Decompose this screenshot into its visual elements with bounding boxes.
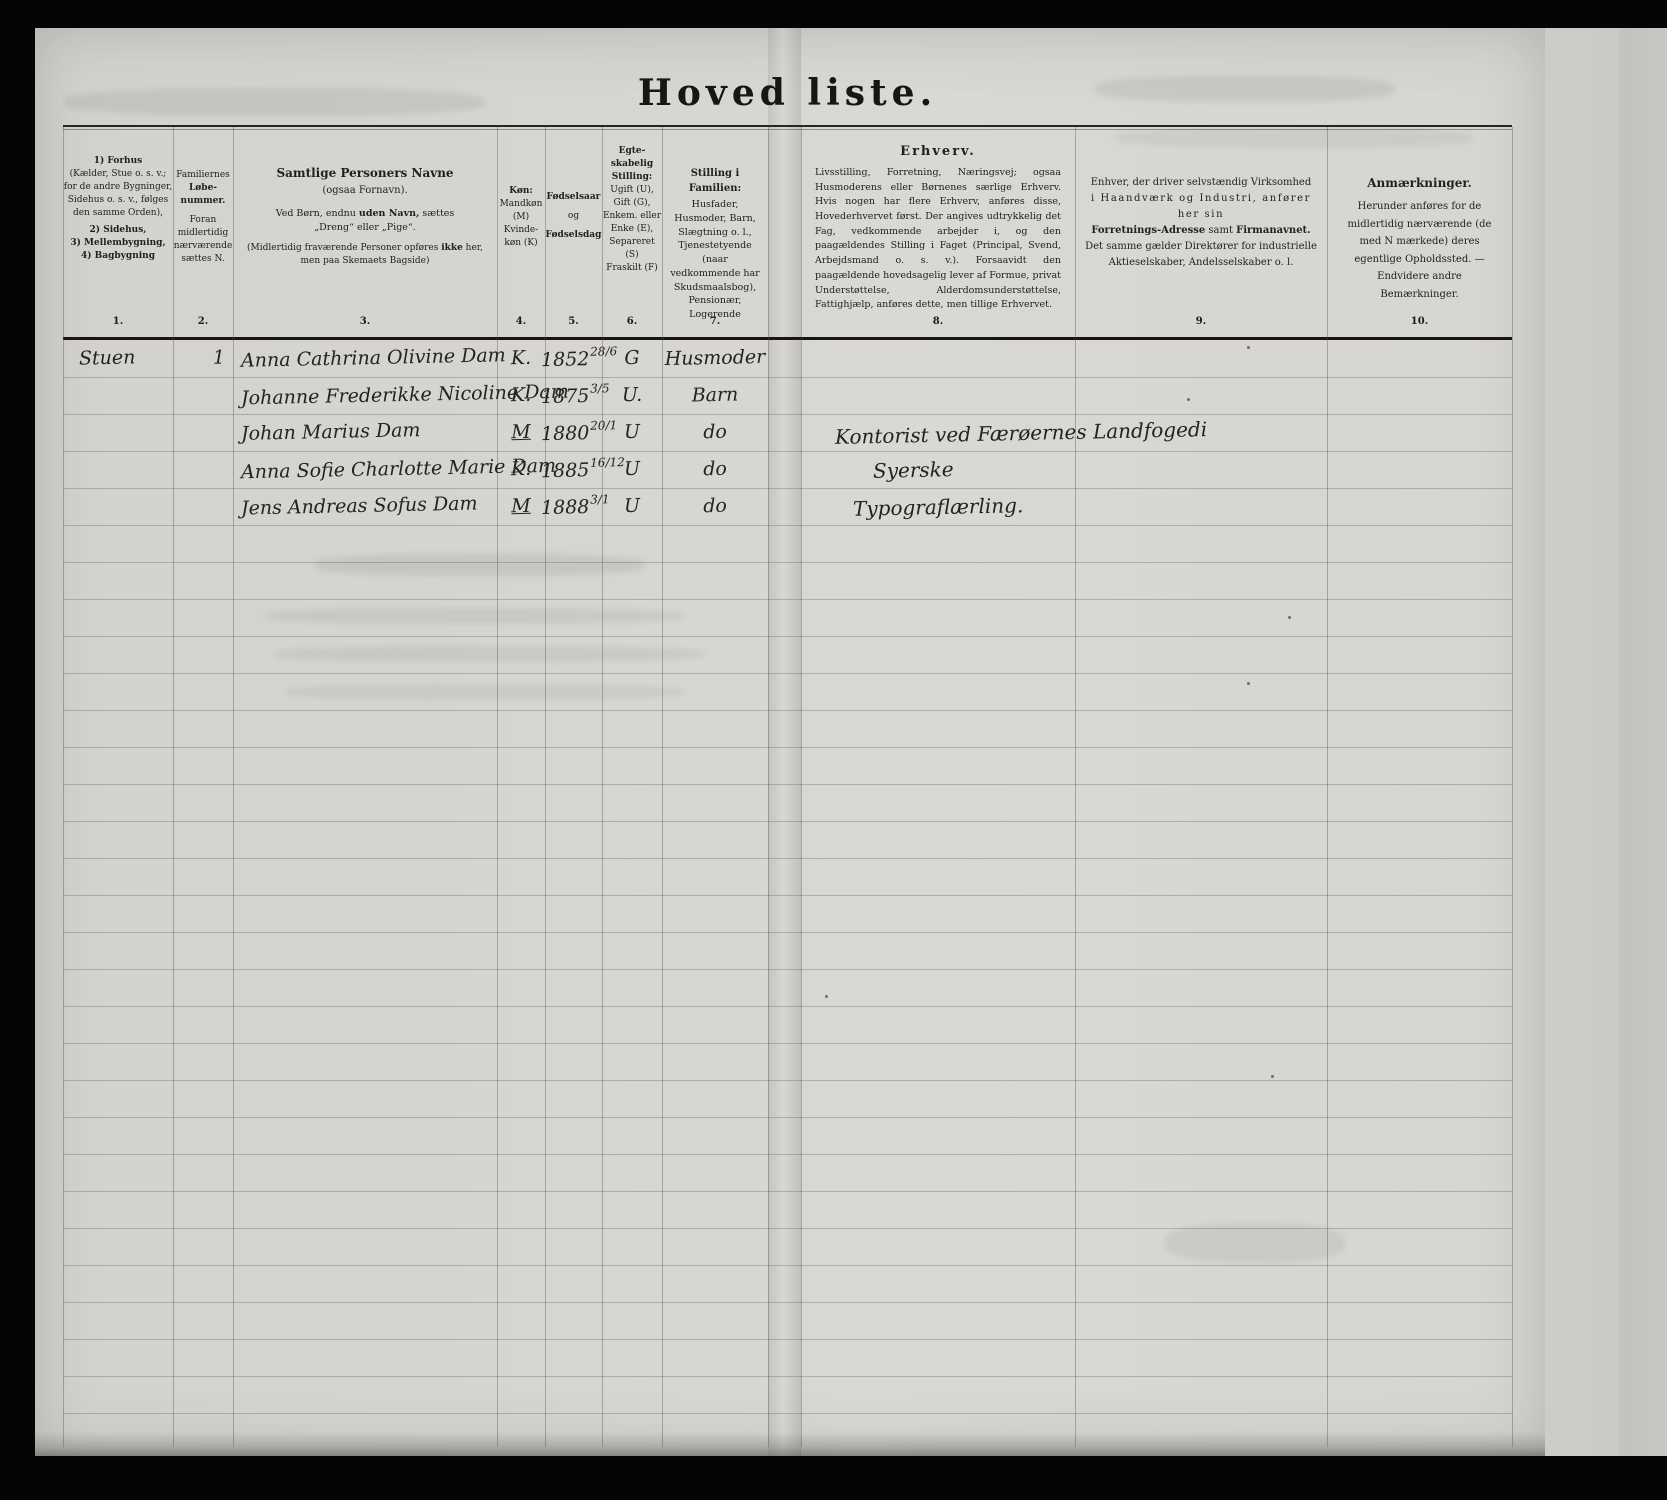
- header-line: Stilling i Familien:: [666, 167, 764, 196]
- column-header-8: Erhverv. Livsstilling, Forretning, Nærin…: [801, 127, 1075, 337]
- handwritten-name: Jens Andreas Sofus Dam: [241, 493, 478, 520]
- handwritten-family-position: do: [662, 420, 768, 444]
- header-line: i Haandværk og Industri, anfører her sin: [1081, 191, 1321, 223]
- header-line: Forretnings-Adresse samt Firmanavnet.: [1081, 223, 1321, 239]
- column-header-1: 1) Forhus (Kælder, Stue o. s. v.; for de…: [63, 127, 173, 337]
- birth-year: 1885: [541, 459, 590, 482]
- column-number-9: 9.: [1075, 316, 1327, 327]
- header-line: Kvinde-: [497, 224, 545, 237]
- ink-speck: [825, 995, 828, 998]
- header-line: Stilling:: [602, 171, 662, 184]
- bleed-through-smudge: [265, 608, 685, 624]
- handwritten-sex: M: [497, 494, 545, 517]
- header-line: Livsstilling, Forretning, Næringsvej; og…: [815, 166, 1061, 313]
- bleed-through-smudge: [285, 684, 685, 700]
- grid-line: [1075, 127, 1076, 1447]
- ink-speck: [1187, 398, 1190, 401]
- header-line: (Midlertidig fraværende Personer opføres…: [243, 242, 487, 255]
- header-bottom-rule: [63, 337, 1512, 340]
- birth-year: 1875: [541, 385, 590, 408]
- column-header-5: Fødselsaar og Fødselsdag: [545, 127, 602, 337]
- handwritten-marital-status: U: [602, 457, 662, 480]
- table-row: Jens Andreas Sofus Dam M 18883/1 U do Ty…: [35, 495, 1545, 532]
- column-header-10: Anmærkninger. Herunder anføres for de mi…: [1327, 127, 1512, 337]
- header-text: sættes: [419, 208, 454, 219]
- header-line: nummer.: [173, 195, 233, 208]
- column-header-4: Køn: Mandkøn (M) Kvinde- køn (K): [497, 127, 545, 337]
- table-row: Johan Marius Dam M 188020/1 U do Kontori…: [35, 421, 1545, 458]
- column-header-6: Egte- skabelig Stilling: Ugift (U), Gift…: [602, 127, 662, 337]
- adjacent-page-edge: [1545, 28, 1667, 1456]
- header-line: Egte-: [602, 145, 662, 158]
- grid-line: [768, 127, 769, 1447]
- header-text: uden Navn,: [359, 208, 419, 219]
- ink-speck: [1247, 682, 1250, 685]
- header-line: Gift (G),: [602, 197, 662, 210]
- header-text: Forretnings-Adresse: [1091, 225, 1205, 236]
- header-line: nærværende: [173, 240, 233, 253]
- handwritten-family-number: [173, 457, 225, 458]
- bleed-through-smudge: [1095, 76, 1395, 102]
- header-line: (M): [497, 211, 545, 224]
- header-line: Mandkøn: [497, 198, 545, 211]
- table-row: Johanne Frederikke Nicoline Dam K. 18753…: [35, 384, 1545, 421]
- column-header-3: Samtlige Personers Navne (ogsaa Fornavn)…: [233, 127, 497, 337]
- header-text: Ved Børn, endnu: [276, 208, 359, 219]
- handwritten-name: Johan Marius Dam: [241, 419, 421, 445]
- header-text: her,: [463, 243, 483, 253]
- handwritten-sex: K.: [497, 346, 545, 369]
- scan-border-bottom: [0, 1456, 1667, 1500]
- handwritten-marital-status: U: [602, 494, 662, 517]
- header-line: Samtlige Personers Navne: [243, 165, 487, 182]
- ink-speck: [1288, 616, 1291, 619]
- handwritten-building: Stuen: [79, 346, 136, 369]
- handwritten-marital-status: U: [602, 420, 662, 443]
- grid-line: [497, 127, 498, 1447]
- column-number-2: 2.: [173, 316, 233, 327]
- grid-line: [233, 127, 234, 1447]
- birth-year: 1852: [541, 348, 590, 371]
- column-number-8: 8.: [801, 316, 1075, 327]
- handwritten-family-position: Husmoder: [662, 346, 768, 370]
- grid-line: [1512, 127, 1513, 1447]
- header-line: Fraskilt (F): [602, 262, 662, 275]
- handwritten-family-position: Barn: [662, 383, 768, 407]
- header-line: Køn:: [497, 185, 545, 198]
- grid-line: [545, 127, 546, 1447]
- column-number-5: 5.: [545, 316, 602, 327]
- handwritten-occupation: Syerske: [873, 457, 954, 483]
- handwritten-sex: K.: [497, 457, 545, 480]
- header-line: Ugift (U),: [602, 184, 662, 197]
- column-number-4: 4.: [497, 316, 545, 327]
- birth-year: 1888: [541, 496, 590, 519]
- grid-line: [63, 127, 64, 1447]
- header-line: men paa Skemaets Bagside): [243, 255, 487, 268]
- handwritten-sex: M: [497, 420, 545, 443]
- header-line: (Kælder, Stue o. s. v.; for de andre Byg…: [63, 168, 173, 220]
- header-line: (ogsaa Fornavn).: [243, 184, 487, 199]
- header-line: sættes N.: [173, 253, 233, 266]
- header-line: 1) Forhus: [63, 155, 173, 168]
- handwritten-sex: K.: [497, 383, 545, 406]
- handwritten-family-position: do: [662, 494, 768, 518]
- header-line: Anmærkninger.: [1337, 173, 1502, 194]
- header-line: Herunder anføres for de midlertidig nærv…: [1337, 198, 1502, 303]
- page-bottom-edge: [35, 1432, 1545, 1456]
- birth-year: 1880: [541, 422, 590, 445]
- header-line: Fødselsaar: [545, 191, 602, 204]
- page: Hoved liste. 1) Forhus (Kælder, Stue o. …: [35, 28, 1545, 1456]
- grid-line: [602, 127, 603, 1447]
- table-row: Stuen 1 Anna Cathrina Olivine Dam K. 185…: [35, 347, 1545, 384]
- header-line: Enkem. eller: [602, 210, 662, 223]
- column-number-3: 3.: [233, 316, 497, 327]
- header-line: Løbe-: [173, 182, 233, 195]
- column-number-7: 7.: [662, 316, 768, 327]
- header-line: 4) Bagbygning: [63, 250, 173, 263]
- handwritten-family-number: [173, 420, 225, 421]
- header-line: Aktieselskaber, Andelsselskaber o. l.: [1081, 255, 1321, 271]
- handwritten-occupation: Kontorist ved Færøernes Landfogedi: [835, 417, 1208, 449]
- column-number-1: 1.: [63, 316, 173, 327]
- header-line: køn (K): [497, 237, 545, 250]
- scan-border-left: [0, 0, 35, 1500]
- handwritten-marital-status: U.: [602, 383, 662, 406]
- handwritten-family-number: 1: [173, 346, 225, 369]
- bleed-through-smudge: [1115, 128, 1475, 148]
- handwritten-occupation: Typograflærling.: [853, 493, 1024, 521]
- bleed-through-smudge: [65, 88, 485, 116]
- header-line: „Dreng“ eller „Pige“.: [243, 221, 487, 235]
- header-line: Ved Børn, endnu uden Navn, sættes: [243, 207, 487, 221]
- header-line: Separeret: [602, 236, 662, 249]
- header-line: midlertidig: [173, 227, 233, 240]
- column-header-2: Familiernes Løbe- nummer. Foran midlerti…: [173, 127, 233, 337]
- column-number-6: 6.: [602, 316, 662, 327]
- header-line: Foran: [173, 214, 233, 227]
- bleed-through-smudge: [275, 646, 705, 662]
- header-line: Enhver, der driver selvstændig Virksomhe…: [1081, 175, 1321, 191]
- header-line: og: [545, 210, 602, 223]
- bleed-through-smudge: [1165, 1223, 1345, 1263]
- scanned-census-page: Hoved liste. 1) Forhus (Kælder, Stue o. …: [0, 0, 1667, 1500]
- handwritten-family-number: [173, 494, 225, 495]
- header-text: ikke: [441, 243, 463, 253]
- grid-line: [801, 127, 802, 1447]
- header-line: 3) Mellembygning,: [63, 237, 173, 250]
- ink-speck: [1247, 346, 1250, 349]
- header-line: Fødselsdag: [545, 229, 602, 242]
- handwritten-birthdate: 18883/1: [541, 494, 609, 519]
- ink-speck: [1271, 1075, 1274, 1078]
- handwritten-birthdate: 18753/5: [541, 383, 609, 408]
- header-line: 2) Sidehus,: [63, 224, 173, 237]
- table-row: Anna Sofie Charlotte Marie Dam K. 188516…: [35, 458, 1545, 495]
- handwritten-family-position: do: [662, 457, 768, 481]
- header-text: (Midlertidig fraværende Personer opføres: [247, 243, 441, 253]
- bleed-through-smudge: [315, 554, 645, 576]
- header-text: Firmanavnet.: [1236, 225, 1311, 236]
- column-header-9: Enhver, der driver selvstændig Virksomhe…: [1075, 127, 1327, 337]
- grid-line: [173, 127, 174, 1447]
- column-header-7: Stilling i Familien: Husfader, Husmoder,…: [662, 127, 768, 337]
- header-text: samt: [1205, 225, 1236, 236]
- handwritten-family-number: [173, 383, 225, 384]
- header-line: Husfader, Husmoder, Barn, Slægtning o. l…: [666, 198, 764, 322]
- header-line: (S): [602, 249, 662, 262]
- header-line: Familiernes: [173, 169, 233, 182]
- grid-line: [662, 127, 663, 1447]
- column-number-10: 10.: [1327, 316, 1512, 327]
- header-line: Det samme gælder Direktører for industri…: [1081, 239, 1321, 255]
- header-line: Enke (E),: [602, 223, 662, 236]
- handwritten-marital-status: G: [602, 346, 662, 369]
- header-line: Erhverv.: [815, 143, 1061, 162]
- handwritten-name: Anna Cathrina Olivine Dam: [241, 344, 506, 372]
- scan-border-top: [0, 0, 1667, 28]
- header-line: skabelig: [602, 158, 662, 171]
